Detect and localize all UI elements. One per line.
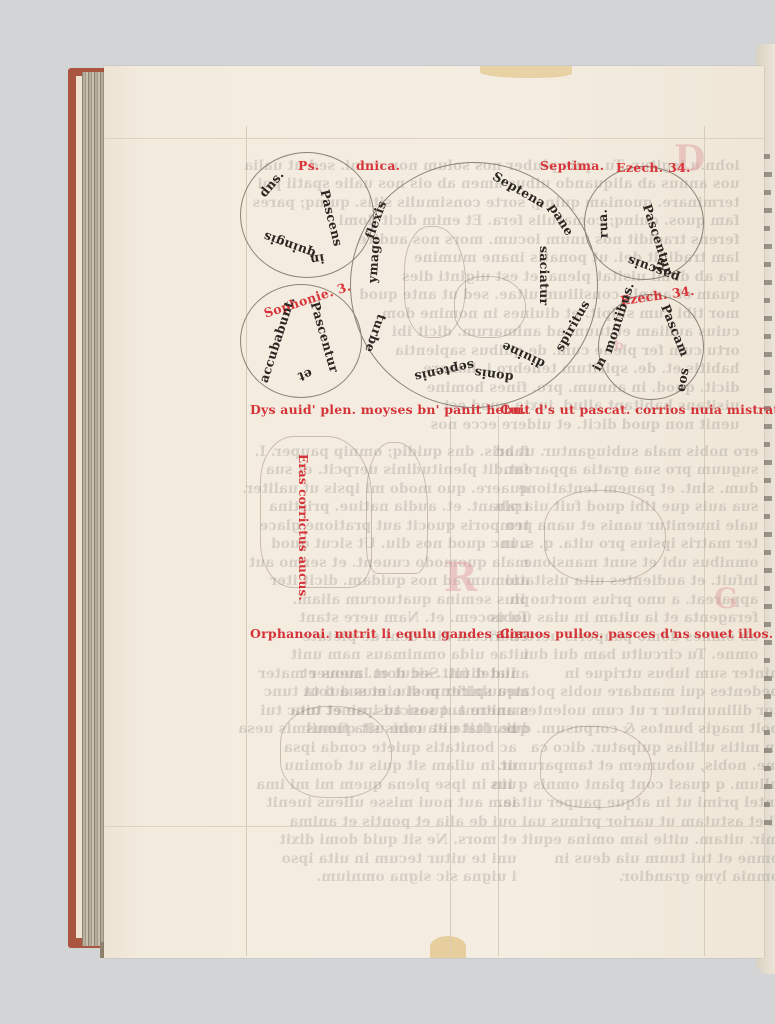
show-through-initial: G <box>714 582 738 615</box>
circle-word: saciatur <box>537 246 552 305</box>
sketch-figure-middle-right <box>544 490 666 582</box>
sketch-figure-middle <box>260 436 372 588</box>
rubric-line-2-left: Orphanoai. nutrit li equlu gandes alie. <box>250 626 527 641</box>
label-septima: Septima. <box>540 158 604 173</box>
sketch-figure-bottom <box>540 726 652 808</box>
sketch-figure-bottom <box>280 706 392 798</box>
water-stain-top <box>480 66 572 78</box>
sketch-figure-middle <box>366 442 428 574</box>
circle-word: rua. <box>595 209 611 239</box>
rubric-vertical: Eras corrictus aucus. <box>296 454 310 601</box>
rubric-line-1-right: Cuit d's ut pascat. corrios nuia mistrat… <box>500 402 775 417</box>
rubric-line-2-right: Coruos pullos. pasces d'ns souet illos. <box>500 626 773 641</box>
label-ps: Ps. <box>298 158 320 173</box>
book-page: iohn.u.legitur. Tu. quis pluber nos solu… <box>104 66 764 958</box>
label-ezech-top: Ezech. 34. <box>616 160 691 175</box>
show-through-initial: R <box>444 554 477 601</box>
water-stain-bottom <box>430 936 466 958</box>
label-dnica: dnica. <box>356 158 400 173</box>
sketch-figure <box>454 276 526 338</box>
rubric-line-1-left: Dys auid' plen. moyses bn' panit hebu. <box>250 402 526 417</box>
